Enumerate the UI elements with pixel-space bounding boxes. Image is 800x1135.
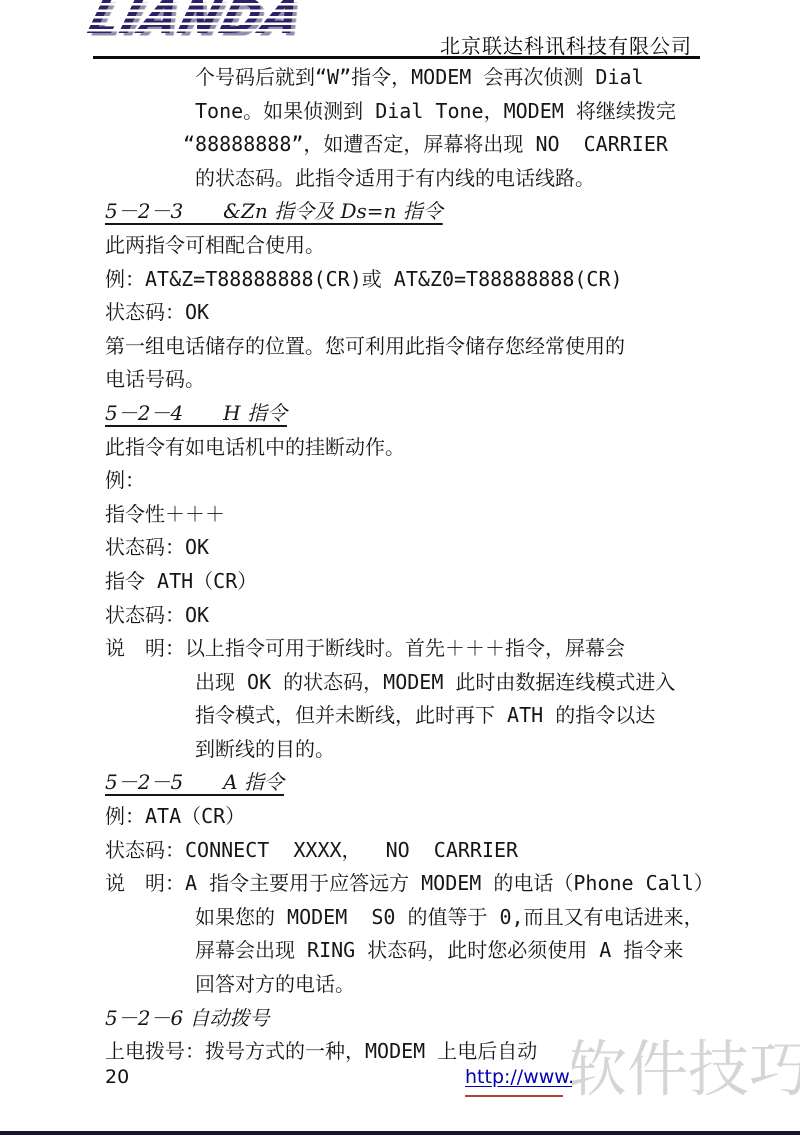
text-line: 指令 ATH（CR） [0,565,800,599]
text-line: 状态码：OK [0,599,800,633]
text-line: 电话号码。 [0,363,800,397]
text-line: 如果您的 MODEM S0 的值等于 0,而且又有电话进来， [0,901,800,935]
section-heading-5-2-3: 5－2－3 &Zn 指令及 Ds=n 指令 [0,195,800,229]
text-line: 指令性＋＋＋ [0,498,800,532]
document-body: 个号码后就到“W”指令，MODEM 会再次侦测 Dial Tone。如果侦测到 … [0,61,800,1069]
page-number: 20 [105,1066,129,1088]
text-line: 状态码：OK [0,296,800,330]
footer-link-underline [465,1095,563,1097]
text-line: 例：AT&Z=T88888888(CR)或 AT&Z0=T88888888(CR… [0,263,800,297]
section-heading-5-2-4: 5－2－4 H 指令 [0,397,800,431]
company-name: 北京联达科讯科技有限公司 [292,30,692,59]
page-bottom-divider [0,1131,800,1135]
text-line: “88888888”，如遭否定，屏幕将出现 NO CARRIER [0,128,800,162]
text-line: 个号码后就到“W”指令，MODEM 会再次侦测 Dial [0,61,800,95]
text-line: Tone。如果侦测到 Dial Tone，MODEM 将继续拨完 [0,95,800,129]
lianda-logo: LIANDA [90,0,301,48]
text-line: 说 明：以上指令可用于断线时。首先＋＋＋指令，屏幕会 [0,632,800,666]
text-line: 例： [0,464,800,498]
text-line: 此指令有如电话机中的挂断动作。 [0,431,800,465]
text-line: 屏幕会出现 RING 状态码，此时您必须使用 A 指令来 [0,934,800,968]
text-line: 此两指令可相配合使用。 [0,229,800,263]
text-line: 到断线的目的。 [0,733,800,767]
text-line: 的状态码。此指令适用于有内线的电话线路。 [0,162,800,196]
text-line: 例：ATA（CR） [0,800,800,834]
text-line: 说 明：A 指令主要用于应答远方 MODEM 的电话（Phone Call） [0,867,800,901]
watermark-text: 软件技巧 [572,1038,800,1102]
header-divider [93,56,700,59]
footer-url-link[interactable]: http://www.c [465,1066,585,1088]
text-line: 第一组电话储存的位置。您可利用此指令储存您经常使用的 [0,330,800,364]
text-line: 回答对方的电话。 [0,968,800,1002]
text-line: 状态码：OK [0,531,800,565]
lianda-logo-text: LIANDA [82,0,309,46]
watermark: 软件技巧 [572,1008,800,1135]
section-heading-5-2-5: 5－2－5 A 指令 [0,766,800,800]
text-line: 状态码：CONNECT XXXX， NO CARRIER [0,834,800,868]
text-line: 指令模式，但并未断线，此时再下 ATH 的指令以达 [0,699,800,733]
text-line: 出现 OK 的状态码，MODEM 此时由数据连线模式进入 [0,666,800,700]
